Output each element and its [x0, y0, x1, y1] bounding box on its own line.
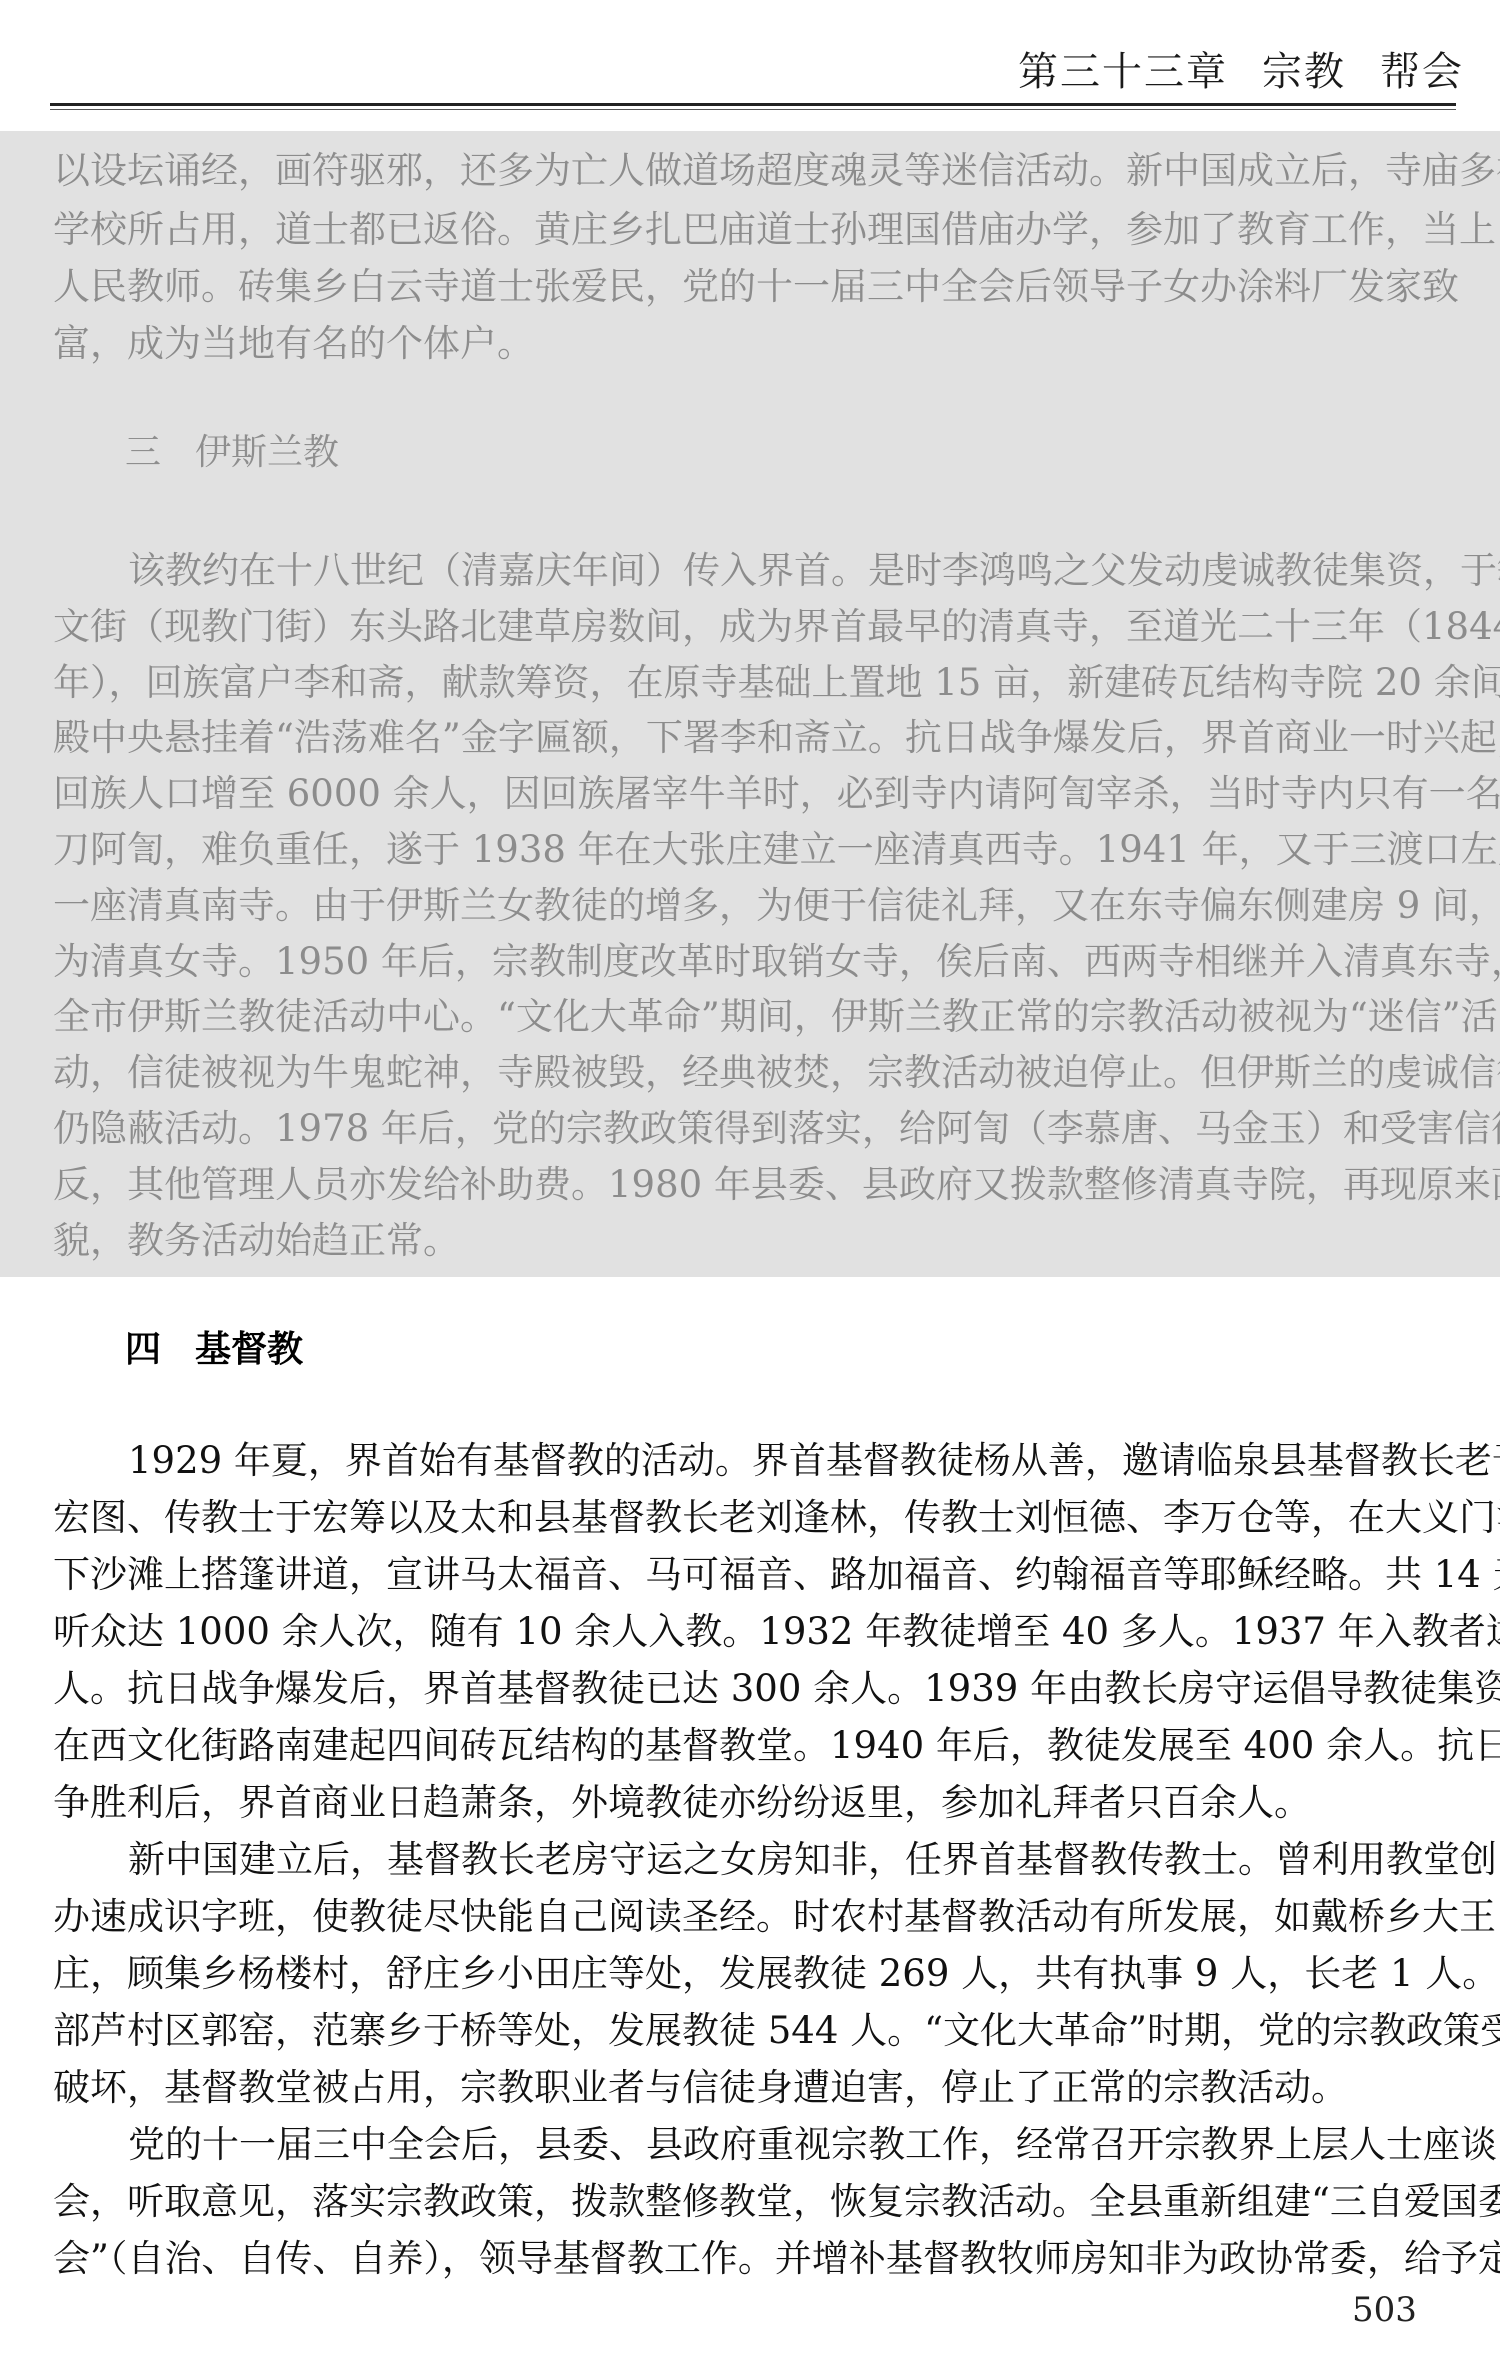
text-line: 年），回族富户李和斋，献款筹资，在原寺基础上置地 15 亩，新建砖瓦结构寺院 2…	[53, 655, 1450, 711]
text-line: 一座清真南寺。由于伊斯兰女教徒的增多，为便于信徒礼拜，又在东寺偏东侧建房 9 间…	[53, 878, 1450, 934]
text-line: 文街（现教门街）东头路北建草房数间，成为界首最早的清真寺，至道光二十三年（184…	[53, 599, 1450, 655]
text-line: 会，听取意见，落实宗教政策，拨款整修教堂，恢复宗教活动。全县重新组建“三自爱国委…	[53, 2174, 1450, 2230]
text-line: 全市伊斯兰教徒活动中心。“文化大革命”期间，伊斯兰教正常的宗教活动被视为“迷信”…	[53, 989, 1450, 1045]
section-heading-islam: 三伊斯兰教	[125, 431, 339, 475]
text-line: 仍隐蔽活动。1978 年后，党的宗教政策得到落实，给阿訇（李慕唐、马金玉）和受害…	[53, 1101, 1450, 1157]
text-line: 争胜利后，界首商业日趋萧条，外境教徒亦纷纷返里，参加礼拜者只百余人。	[53, 1775, 1450, 1831]
text-line: 听众达 1000 余人次，随有 10 余人入教。1932 年教徒增至 40 多人…	[53, 1604, 1450, 1660]
text-line: 以设坛诵经，画符驱邪，还多为亡人做道场超度魂灵等迷信活动。新中国成立后，寺庙多被	[53, 143, 1450, 199]
text-line: 富，成为当地有名的个体户。	[53, 316, 1450, 372]
page-number: 503	[1352, 2290, 1417, 2330]
running-header: 第三十三章宗教帮会	[1018, 48, 1428, 96]
text-line: 为清真女寺。1950 年后，宗教制度改革时取销女寺，俟后南、西两寺相继并入清真东…	[53, 934, 1450, 990]
header-rule-thick	[50, 103, 1456, 106]
text-line: 下沙滩上搭篷讲道，宣讲马太福音、马可福音、路加福音、约翰福音等耶稣经略。共 14…	[53, 1547, 1450, 1603]
section-title: 基督教	[195, 1329, 303, 1370]
section-number: 四	[125, 1328, 195, 1372]
text-line: 貌，教务活动始趋正常。	[53, 1213, 1450, 1269]
text-line: 人。抗日战争爆发后，界首基督教徒已达 300 余人。1939 年由教长房守运倡导…	[53, 1661, 1450, 1717]
text-line: 宏图、传教士于宏筹以及太和县基督教长老刘逢林，传教士刘恒德、李万仓等，在大义门河	[53, 1490, 1450, 1546]
text-line: 办速成识字班，使教徒尽快能自己阅读圣经。时农村基督教活动有所发展，如戴桥乡大王	[53, 1889, 1450, 1945]
text-line: 破坏，基督教堂被占用，宗教职业者与信徒身遭迫害，停止了正常的宗教活动。	[53, 2060, 1450, 2116]
text-line: 在西文化街路南建起四间砖瓦结构的基督教堂。1940 年后，教徒发展至 400 余…	[53, 1718, 1450, 1774]
section-heading-christianity: 四基督教	[125, 1328, 303, 1372]
section-title: 伊斯兰教	[195, 432, 339, 473]
text-line: 该教约在十八世纪（清嘉庆年间）传入界首。是时李鸿鸣之父发动虔诚教徒集资，于毓	[128, 543, 1450, 599]
chapter-label: 第三十三章	[1018, 49, 1228, 95]
text-line: 部芦村区郭窑，范寨乡于桥等处，发展教徒 544 人。“文化大革命”时期，党的宗教…	[53, 2003, 1450, 2059]
text-line: 人民教师。砖集乡白云寺道士张爱民，党的十一届三中全会后领导子女办涂料厂发家致	[53, 259, 1450, 315]
text-line: 殿中央悬挂着“浩荡难名”金字匾额，下署李和斋立。抗日战争爆发后，界首商业一时兴起…	[53, 710, 1450, 766]
text-line: 1929 年夏，界首始有基督教的活动。界首基督教徒杨从善，邀请临泉县基督教长老于	[128, 1433, 1450, 1489]
text-line: 庄，顾集乡杨楼村，舒庄乡小田庄等处，发展教徒 269 人，共有执事 9 人，长老…	[53, 1946, 1450, 2002]
chapter-title-part2: 帮会	[1380, 49, 1464, 95]
text-line: 党的十一届三中全会后，县委、县政府重视宗教工作，经常召开宗教界上层人士座谈	[128, 2117, 1450, 2173]
text-line: 回族人口增至 6000 余人，因回族屠宰牛羊时，必到寺内请阿訇宰杀，当时寺内只有…	[53, 766, 1450, 822]
section-number: 三	[125, 431, 195, 475]
chapter-title-part1: 宗教	[1262, 49, 1346, 95]
text-line: 学校所占用，道士都已返俗。黄庄乡扎巴庙道士孙理国借庙办学，参加了教育工作，当上了	[53, 202, 1450, 258]
header-rule-thin	[50, 109, 1456, 110]
text-line: 新中国建立后，基督教长老房守运之女房知非，任界首基督教传教士。曾利用教堂创	[128, 1832, 1450, 1888]
text-line: 反，其他管理人员亦发给补助费。1980 年县委、县政府又拨款整修清真寺院，再现原…	[53, 1157, 1450, 1213]
text-line: 动，信徒被视为牛鬼蛇神，寺殿被毁，经典被焚，宗教活动被迫停止。但伊斯兰的虔诚信徒…	[53, 1045, 1450, 1101]
text-line: 会”（自治、自传、自养），领导基督教工作。并增补基督教牧师房知非为政协常委，给予…	[53, 2231, 1450, 2287]
text-line: 刀阿訇，难负重任，遂于 1938 年在大张庄建立一座清真西寺。1941 年，又于…	[53, 822, 1450, 878]
